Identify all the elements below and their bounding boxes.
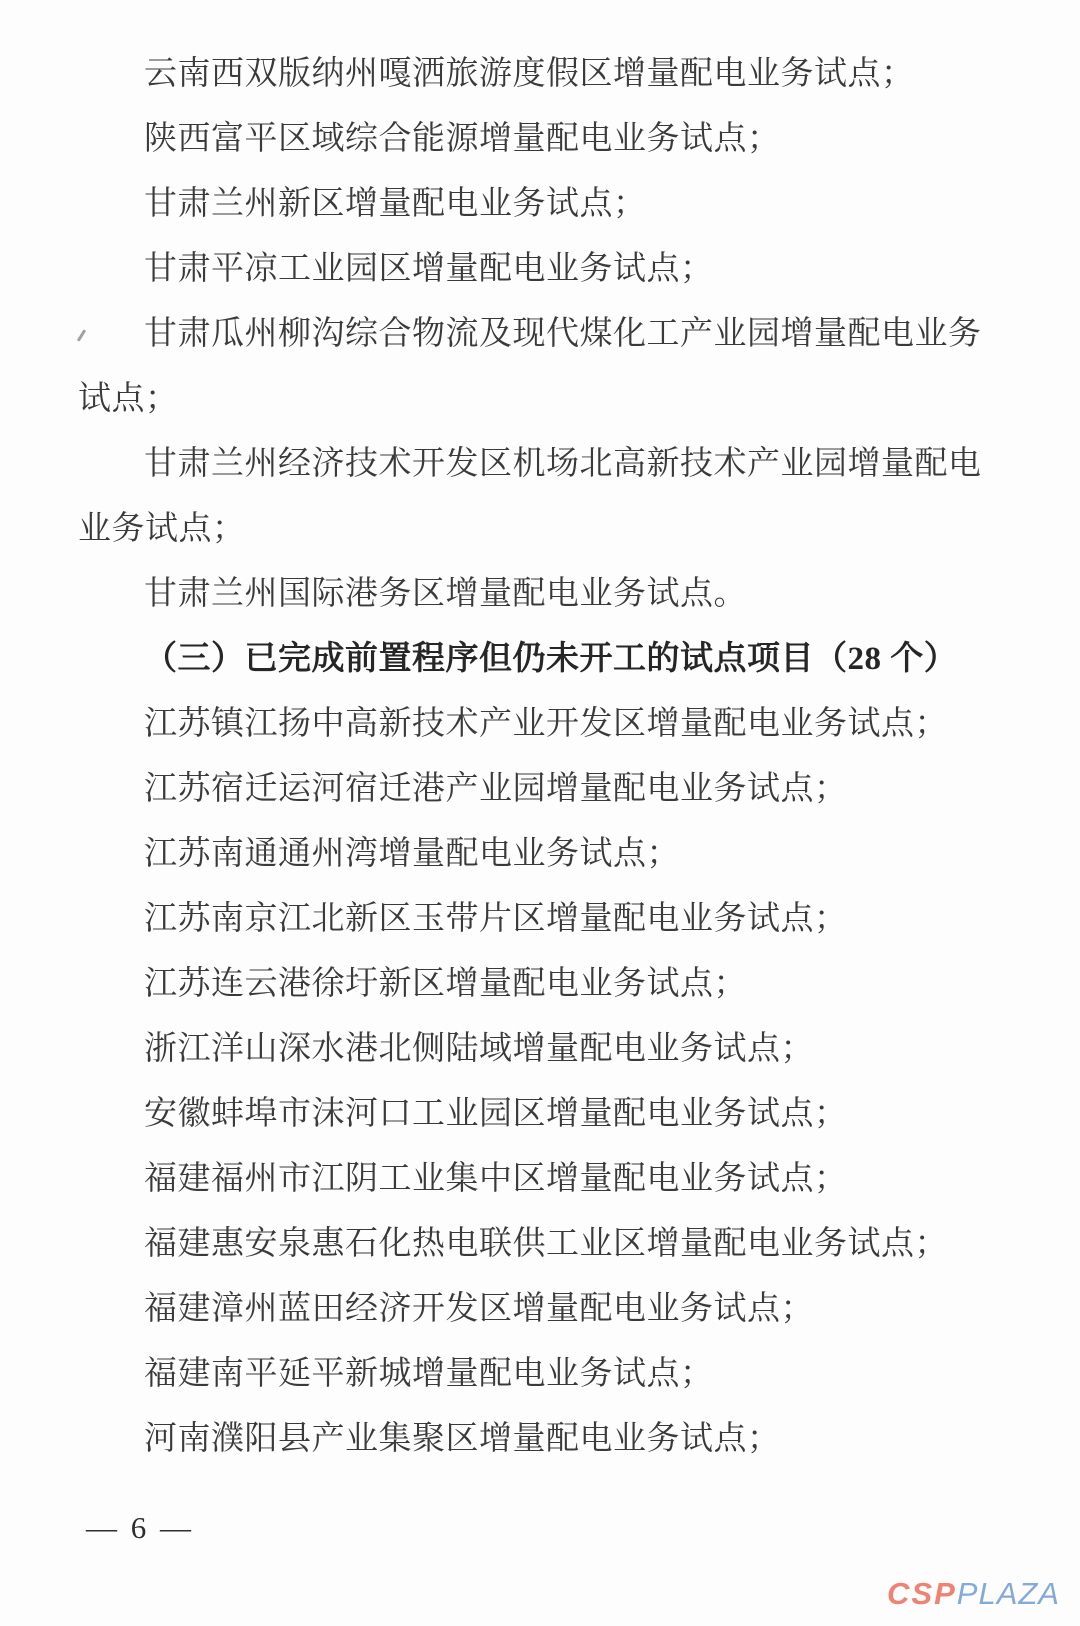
document-line: 河南濮阳县产业集聚区增量配电业务试点； <box>78 1407 1004 1472</box>
document-line: 甘肃平凉工业园区增量配电业务试点； <box>78 237 1004 302</box>
document-line: 江苏宿迁运河宿迁港产业园增量配电业务试点； <box>78 757 1004 822</box>
cspplaza-watermark: CSPPLAZA <box>887 1577 1060 1611</box>
document-line: 甘肃兰州经济技术开发区机场北高新技术产业园增量配电业务试点； <box>78 432 1004 562</box>
document-line: 福建漳州蓝田经济开发区增量配电业务试点； <box>78 1277 1004 1342</box>
document-line: 甘肃瓜州柳沟综合物流及现代煤化工产业园增量配电业务试点； <box>78 302 1004 432</box>
document-line: 江苏南京江北新区玉带片区增量配电业务试点； <box>78 887 1004 952</box>
document-line: 云南西双版纳州嘎洒旅游度假区增量配电业务试点； <box>78 42 1004 107</box>
document-line: 浙江洋山深水港北侧陆域增量配电业务试点； <box>78 1017 1004 1082</box>
document-line: 江苏连云港徐圩新区增量配电业务试点； <box>78 952 1004 1017</box>
page-number: — 6 — <box>86 1508 194 1548</box>
document-line: 甘肃兰州新区增量配电业务试点； <box>78 172 1004 237</box>
document-line: 福建南平延平新城增量配电业务试点； <box>78 1342 1004 1407</box>
document-body: 云南西双版纳州嘎洒旅游度假区增量配电业务试点； 陕西富平区域综合能源增量配电业务… <box>78 42 1004 1472</box>
watermark-csp-text: CSP <box>887 1576 957 1611</box>
watermark-plaza-text: PLAZA <box>957 1576 1060 1611</box>
document-line: 福建惠安泉惠石化热电联供工业区增量配电业务试点； <box>78 1212 1004 1277</box>
document-line: 江苏南通通州湾增量配电业务试点； <box>78 822 1004 887</box>
document-line: 江苏镇江扬中高新技术产业开发区增量配电业务试点； <box>78 692 1004 757</box>
document-line: 陕西富平区域综合能源增量配电业务试点； <box>78 107 1004 172</box>
document-line: 甘肃兰州国际港务区增量配电业务试点。 <box>78 562 1004 627</box>
document-page: 云南西双版纳州嘎洒旅游度假区增量配电业务试点； 陕西富平区域综合能源增量配电业务… <box>0 0 1080 1626</box>
document-line: （三）已完成前置程序但仍未开工的试点项目（28 个） <box>78 627 1004 692</box>
document-line: 福建福州市江阴工业集中区增量配电业务试点； <box>78 1147 1004 1212</box>
document-line: 安徽蚌埠市沫河口工业园区增量配电业务试点； <box>78 1082 1004 1147</box>
